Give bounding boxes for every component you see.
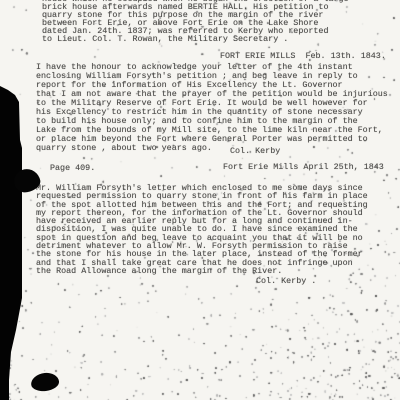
scanned-document-page: house which he occupied when he began th… (0, 0, 400, 400)
paragraph-kerby-report: I have the honour to acknowledge your le… (36, 63, 388, 153)
signature-col-kerby-1: Col. Kerby (230, 146, 280, 156)
paragraph-bertie-hall-petition: house which he occupied when he began th… (42, 0, 349, 43)
signature-col-kerby-2: Col. Kerby . (256, 276, 316, 286)
text-line: to Lieut. Col. T. Rowan, the Military Se… (42, 35, 349, 43)
page-number-label: Page 409. (50, 163, 95, 173)
paragraph-forsyth-quarry-reply: Mr. William Forsyth's letter which enclo… (36, 184, 368, 275)
text-line: quarry stone , about two years ago. (36, 144, 388, 153)
text-line: the Road Allowance along the margin of t… (36, 267, 368, 275)
dateline-fort-erie-mills-april: Fort Erie Mills April 25th, 1843 (223, 162, 384, 172)
dateline-fort-erie-mills-feb: FORT ERIE MILLS Feb. 13th. 1843. (220, 51, 386, 61)
